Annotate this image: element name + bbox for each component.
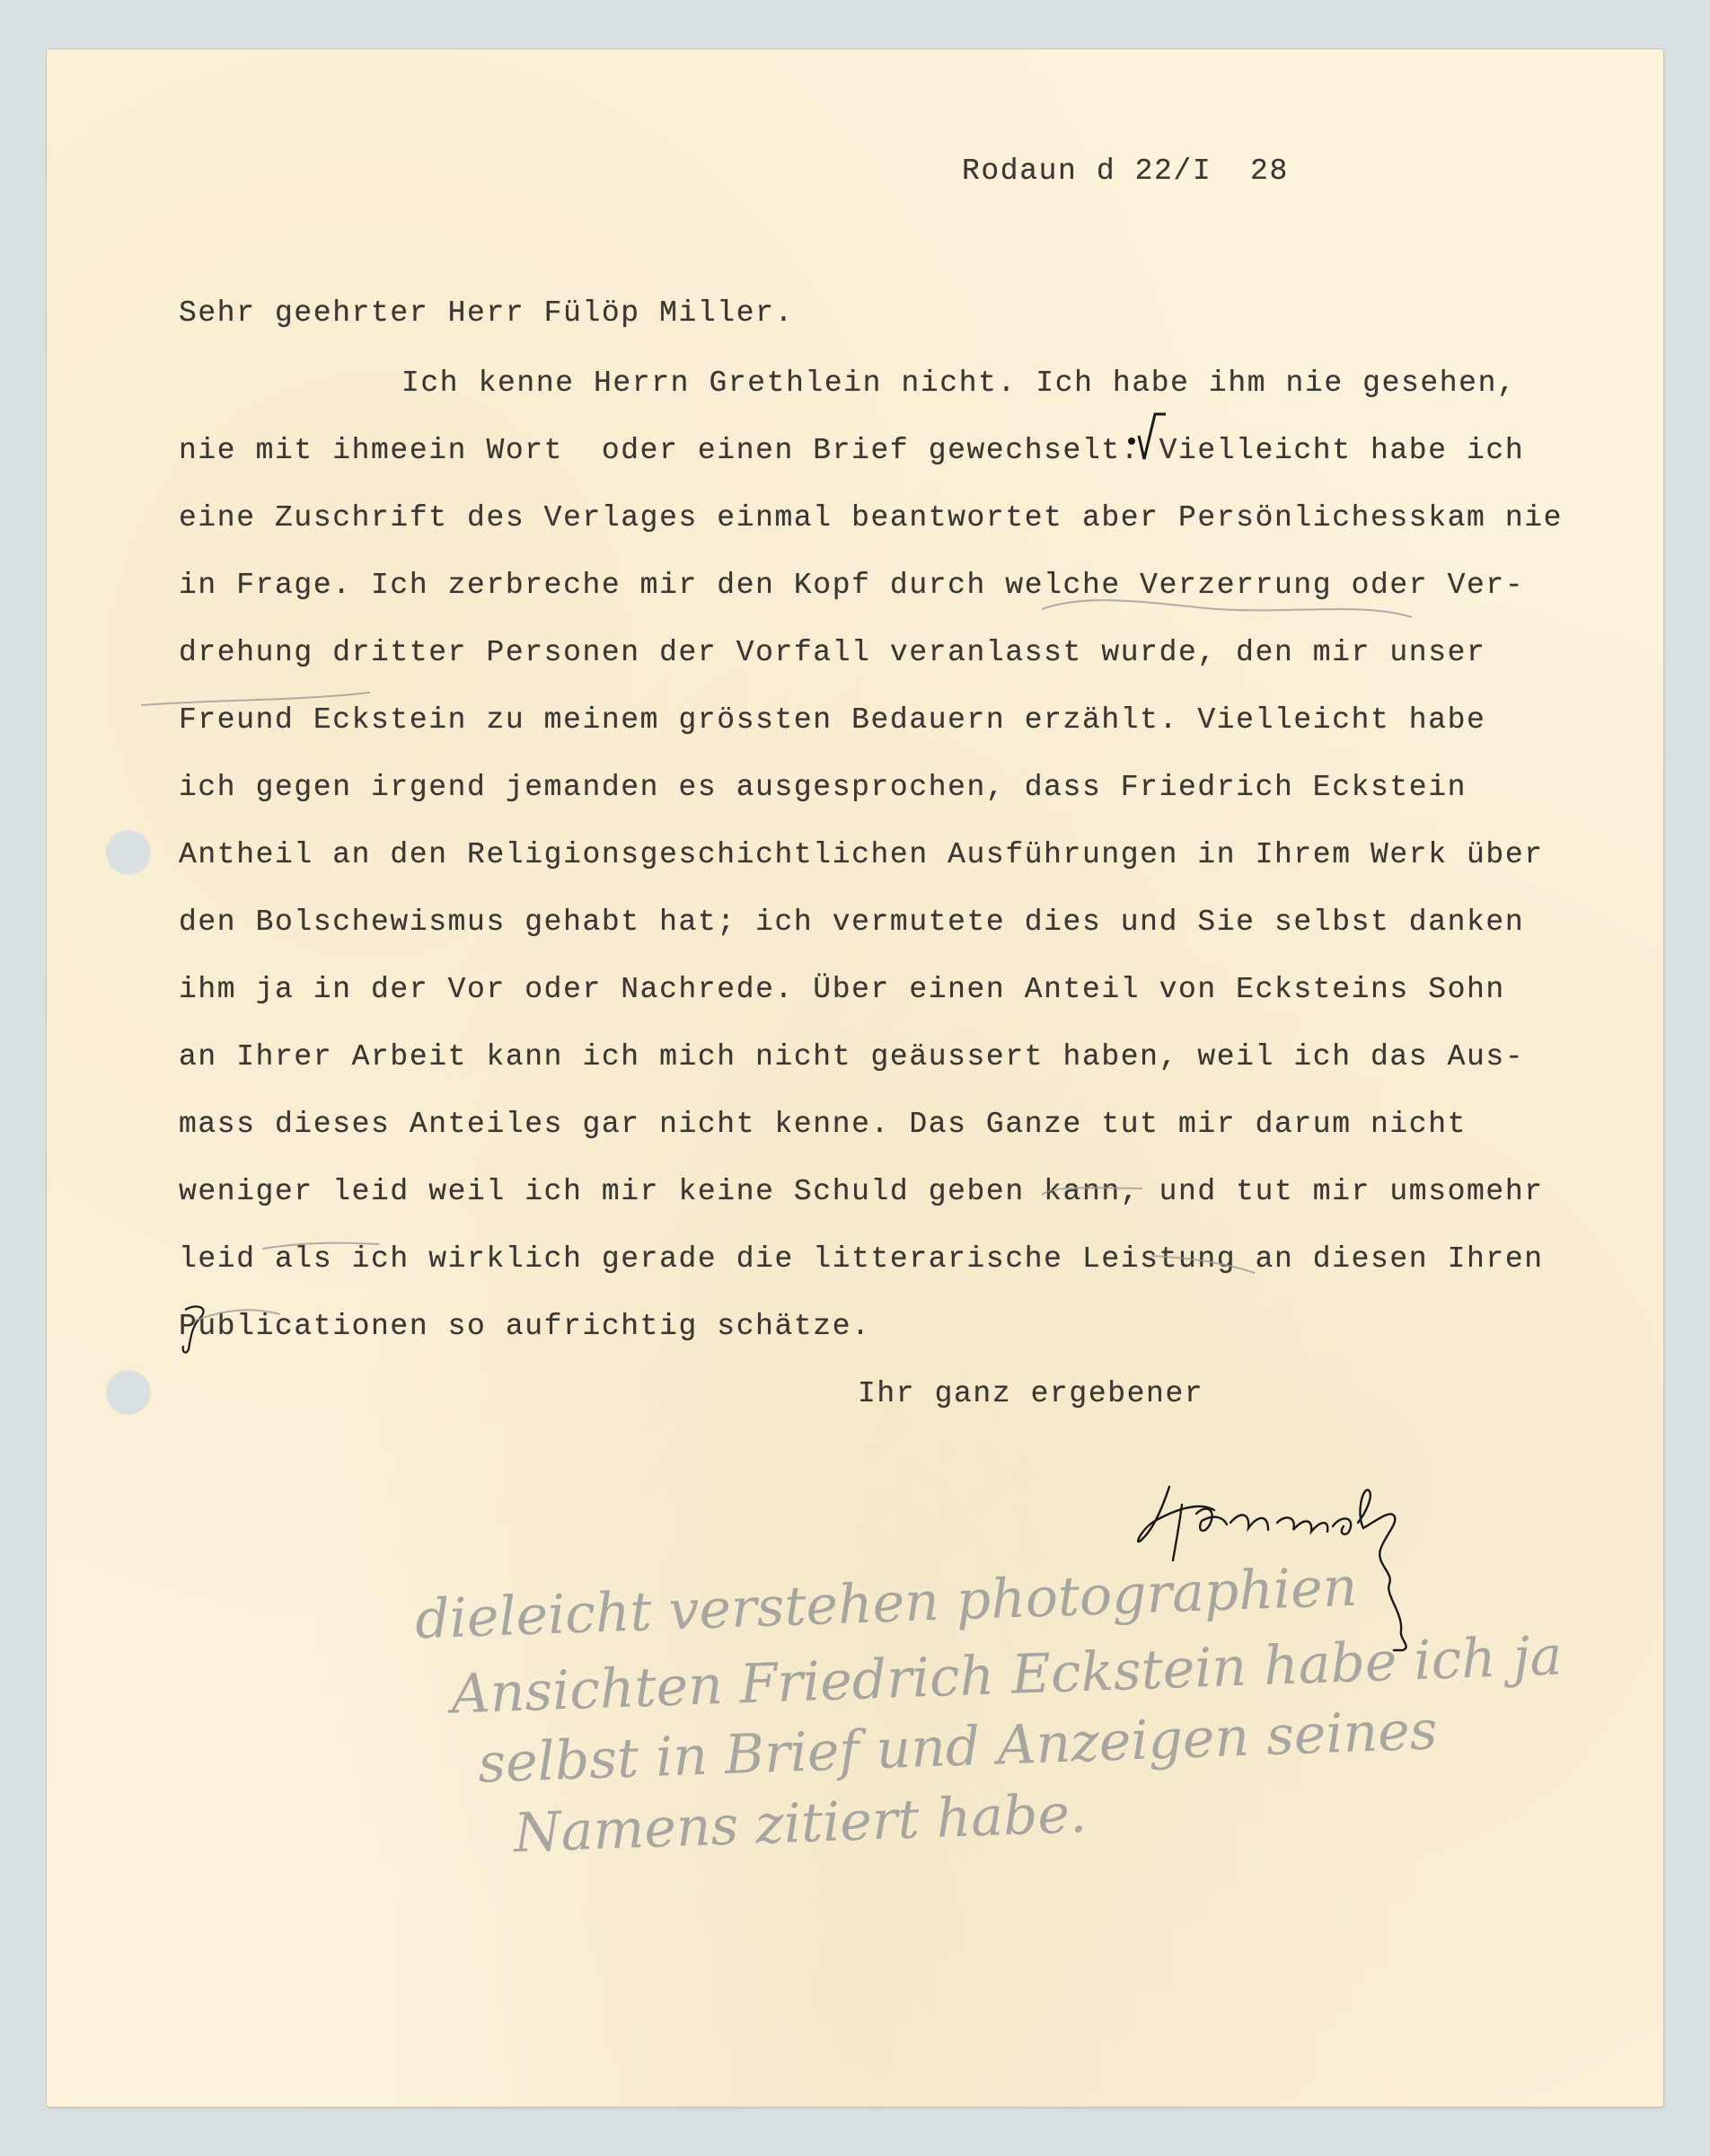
letter-page: Rodaun d 22/I 28 Sehr geehrter Herr Fülö… bbox=[47, 49, 1663, 2107]
